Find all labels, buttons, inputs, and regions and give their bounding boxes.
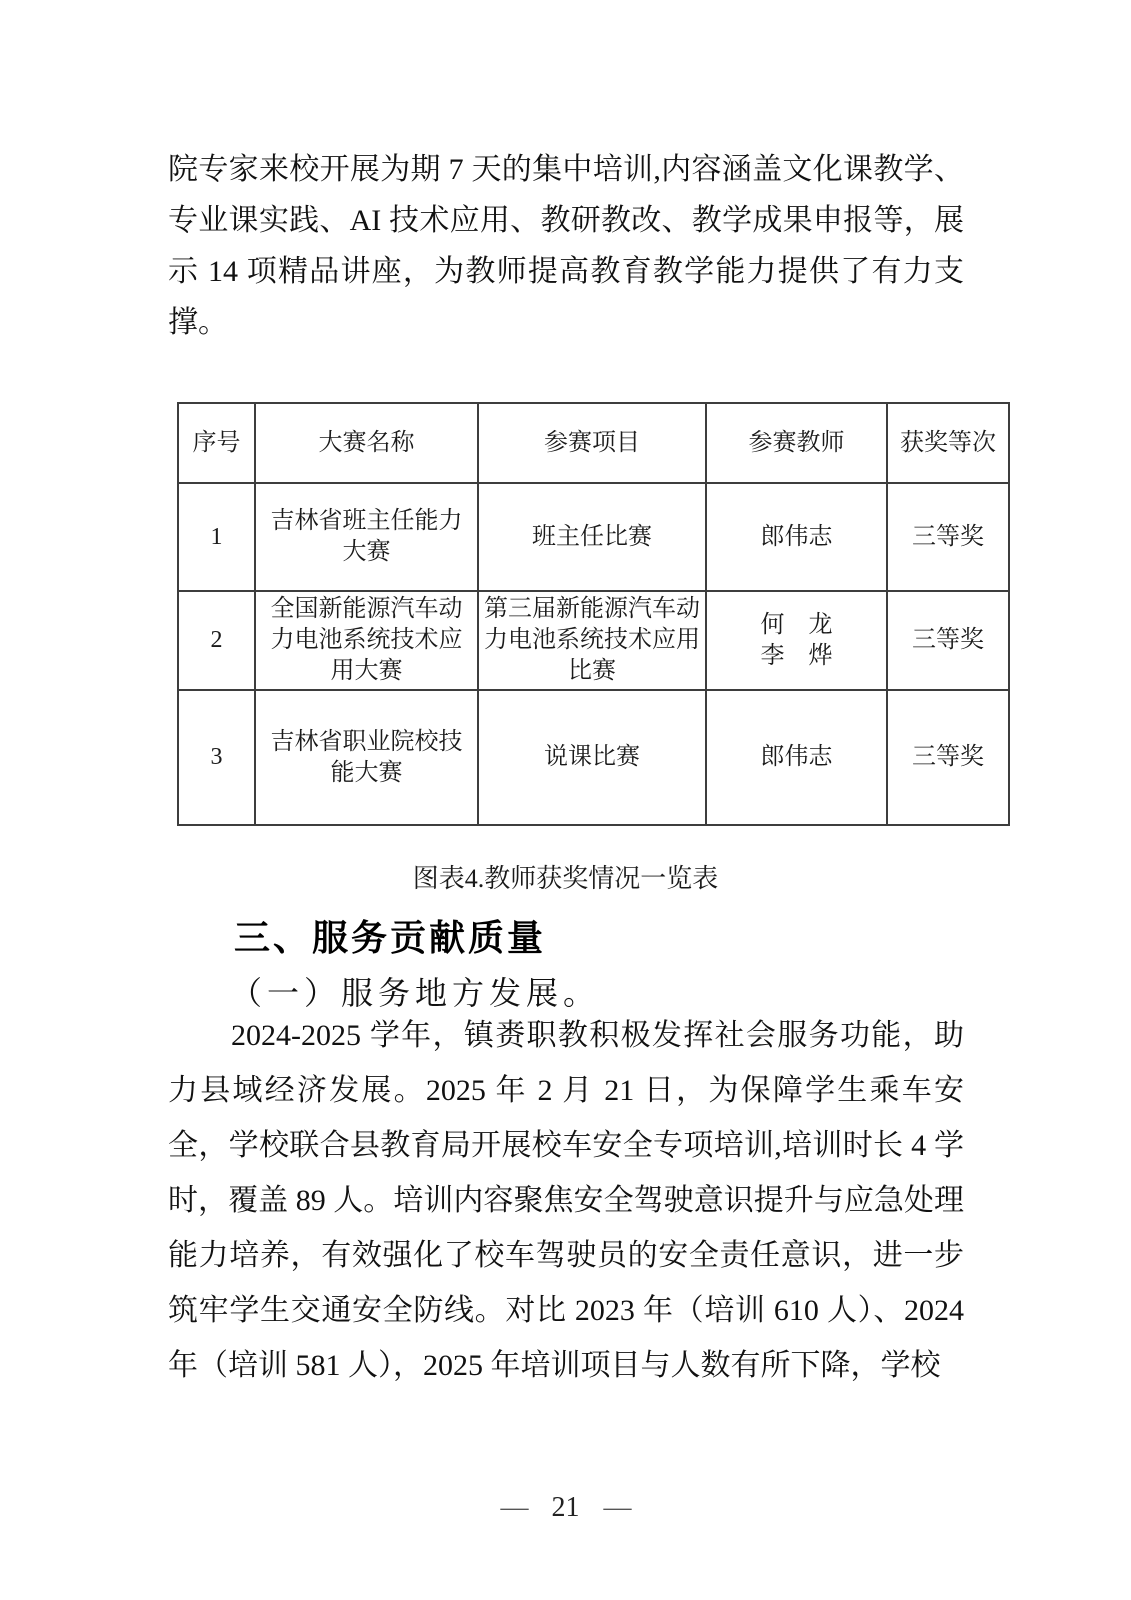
cell-award-level: 三等奖 xyxy=(887,690,1009,825)
cell-teacher: 何 龙 李 烨 xyxy=(706,591,887,690)
paragraph-service-contribution: 2024-2025 学年，镇赉职教积极发挥社会服务功能，助力县域经济发展。202… xyxy=(168,1008,964,1393)
table-row: 1 吉林省班主任能力 大赛 班主任比赛 郎伟志 三等奖 xyxy=(178,483,1009,591)
teacher-awards-table: 序号 大赛名称 参赛项目 参赛教师 获奖等次 1 吉林省班主任能力 大赛 班主任… xyxy=(177,402,1010,826)
cell-index: 1 xyxy=(178,483,255,591)
cell-award-level: 三等奖 xyxy=(887,591,1009,690)
cell-teacher: 郎伟志 xyxy=(706,483,887,591)
cell-event: 第三届新能源汽车动 力电池系统技术应用 比赛 xyxy=(478,591,706,690)
page-footer: — 21 — xyxy=(0,1492,1131,1524)
paragraph-training-summary: 院专家来校开展为期 7 天的集中培训,内容涵盖文化课教学、专业课实践、AI 技术… xyxy=(168,144,964,348)
section-heading: 三、服务贡献质量 xyxy=(234,910,546,961)
cell-event: 班主任比赛 xyxy=(478,483,706,591)
column-header-award-level: 获奖等次 xyxy=(887,403,1009,483)
footer-dash-right: — xyxy=(604,1492,631,1524)
cell-competition-name: 吉林省班主任能力 大赛 xyxy=(255,483,478,591)
table-caption: 图表4.教师获奖情况一览表 xyxy=(0,858,1131,895)
column-header-index: 序号 xyxy=(178,403,255,483)
page-number: 21 xyxy=(552,1492,580,1524)
cell-teacher: 郎伟志 xyxy=(706,690,887,825)
table-row: 2 全国新能源汽车动 力电池系统技术应 用大赛 第三届新能源汽车动 力电池系统技… xyxy=(178,591,1009,690)
cell-index: 2 xyxy=(178,591,255,690)
column-header-event: 参赛项目 xyxy=(478,403,706,483)
cell-competition-name: 全国新能源汽车动 力电池系统技术应 用大赛 xyxy=(255,591,478,690)
cell-event: 说课比赛 xyxy=(478,690,706,825)
cell-award-level: 三等奖 xyxy=(887,483,1009,591)
document-page: 院专家来校开展为期 7 天的集中培训,内容涵盖文化课教学、专业课实践、AI 技术… xyxy=(0,0,1131,1600)
table-row: 3 吉林省职业院校技 能大赛 说课比赛 郎伟志 三等奖 xyxy=(178,690,1009,825)
footer-dash-left: — xyxy=(501,1492,528,1524)
cell-competition-name: 吉林省职业院校技 能大赛 xyxy=(255,690,478,825)
cell-index: 3 xyxy=(178,690,255,825)
column-header-competition-name: 大赛名称 xyxy=(255,403,478,483)
table-header-row: 序号 大赛名称 参赛项目 参赛教师 获奖等次 xyxy=(178,403,1009,483)
column-header-teacher: 参赛教师 xyxy=(706,403,887,483)
